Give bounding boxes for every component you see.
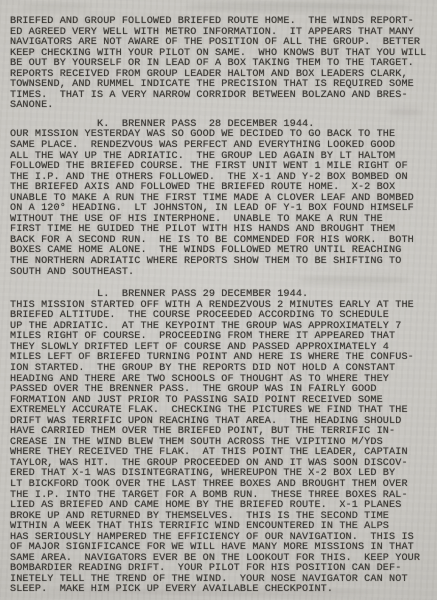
typewritten-text-block: BRIEFED AND GROUP FOLLOWED BRIEFED ROUTE… (10, 17, 431, 596)
section-k-body: OUR MISSION YESTERDAY WAS SO GOOD WE DEC… (10, 130, 431, 278)
paper-smudge (20, 4, 90, 10)
section-l-body: THIS MISSION STARTED OFF WITH A RENDEZVO… (10, 301, 431, 596)
continuation-paragraph: BRIEFED AND GROUP FOLLOWED BRIEFED ROUTE… (10, 17, 431, 112)
paper-smudge (185, 2, 410, 11)
scanned-document-page: BRIEFED AND GROUP FOLLOWED BRIEFED ROUTE… (0, 0, 437, 600)
